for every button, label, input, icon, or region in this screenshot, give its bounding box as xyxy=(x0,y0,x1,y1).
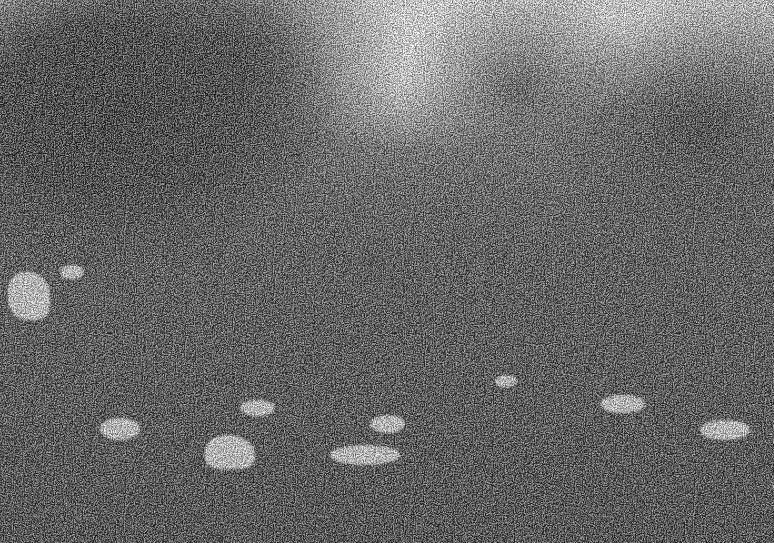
dither-texture xyxy=(0,0,774,543)
dithered-landscape-photo xyxy=(0,0,774,543)
